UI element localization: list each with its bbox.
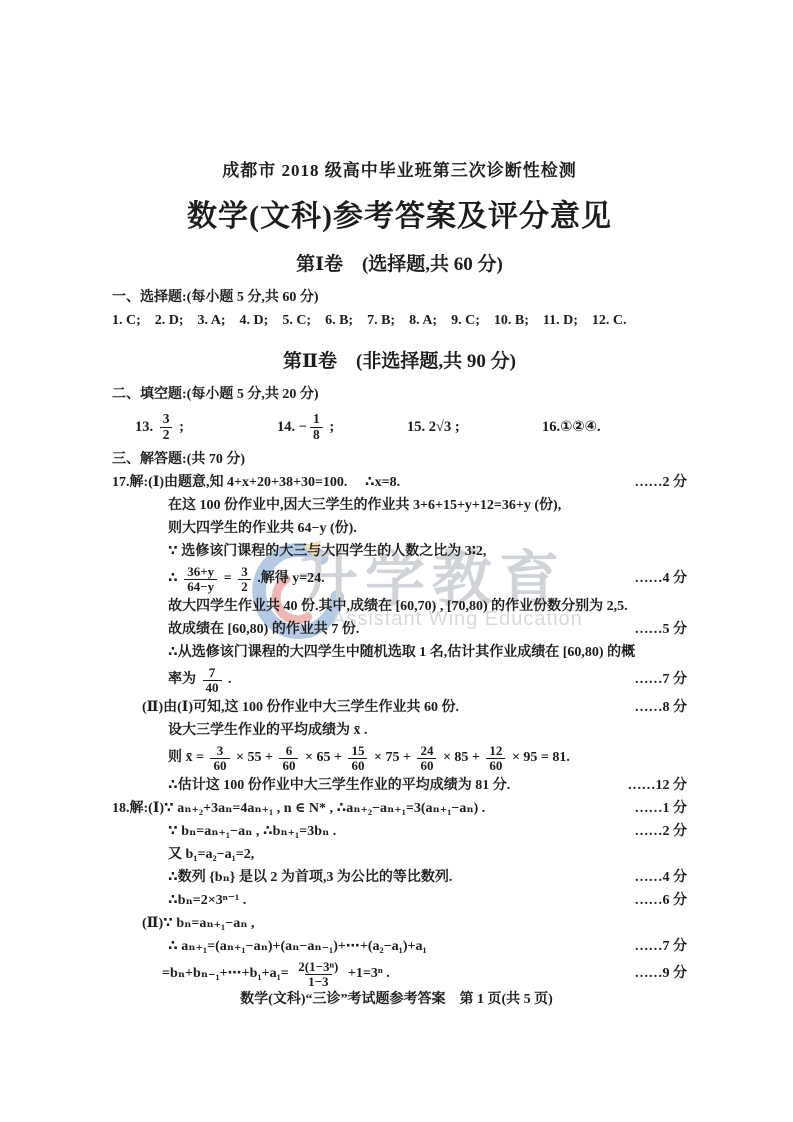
score-mark: ……5 分: [635, 622, 688, 637]
score-mark: ……4 分: [635, 870, 688, 885]
document-content: 成都市 2018 级高中毕业班第三次诊断性检测 数学(文科)参考答案及评分意见 …: [0, 0, 793, 990]
q17-line-4: ∵ 选修该门课程的大三与大四学生的人数之比为 3∶2,: [112, 540, 687, 563]
fraction: 2(1−3ⁿ)1−3: [295, 960, 341, 988]
q17-line-3: 则大四学生的作业共 64−y (份).: [112, 517, 687, 540]
score-mark: ……2 分: [635, 475, 688, 490]
page-title: 数学(文科)参考答案及评分意见: [112, 191, 687, 235]
q18-line-1: 18.解:(Ⅰ)∵ aₙ₊₂+3aₙ=4aₙ₊₁ , n ∈ N* , ∴aₙ₊…: [112, 797, 687, 820]
blank-answers-row: 13. 32 ; 14. − 18 ; 15. 2√3 ; 16. ①②④.: [112, 406, 687, 448]
fraction: 2460: [417, 744, 436, 772]
q17-line-8: ∴从选修该门课程的大四学生中随机选取 1 名,估计其作业成绩在 [60,80) …: [112, 641, 687, 664]
score-mark: ……7 分: [635, 672, 688, 687]
q17-line-11: 设大三学生作业的平均成绩为 x̄ .: [112, 719, 687, 742]
q18-line-5: ∴bₙ=2×3ⁿ⁻¹ .……6 分: [112, 889, 687, 912]
q17-line-9: 率为 740 . ……7 分: [112, 664, 687, 696]
page-footer: 数学(文科)“三诊”考试题参考答案 第 1 页(共 5 页): [0, 988, 793, 1008]
q18-line-7: ∴ aₙ₊₁=(aₙ₊₁−aₙ)+(aₙ−aₙ₋₁)+⋯+(a₂−a₁)+a₁……: [112, 935, 687, 958]
score-mark: ……8 分: [635, 700, 688, 715]
section1-label: 一、选择题:(每小题 5 分,共 60 分): [112, 286, 687, 309]
section2-label: 二、填空题:(每小题 5 分,共 20 分): [112, 383, 687, 406]
q18-line-6: (Ⅱ)∵ bₙ=aₙ₊₁−aₙ ,: [112, 912, 687, 935]
q17-line-2: 在这 100 份作业中,因大三学生的作业共 3+6+15+y+12=36+y (…: [112, 494, 687, 517]
q18-line-8: =bₙ+bₙ₋₁+⋯+b₁+a₁= 2(1−3ⁿ)1−3 +1=3ⁿ . ……9…: [112, 958, 687, 990]
choice-answers-line: 1. C; 2. D; 3. A; 4. D; 5. C; 6. B; 7. B…: [112, 309, 687, 332]
score-mark: ……1 分: [635, 801, 688, 816]
q18-line-4: ∴数列 {bₙ} 是以 2 为首项,3 为公比的等比数列.……4 分: [112, 866, 687, 889]
q17-line-5: ∴ 36+y64−y = 32 .解得 y=24. ……4 分: [112, 563, 687, 595]
q17-line-1: 17.解:(Ⅰ)由题意,知 4+x+20+38+30=100. ∴x=8.……2…: [112, 471, 687, 494]
q17-line-10: (Ⅱ)由(Ⅰ)可知,这 100 份作业中大三学生作业共 60 份.……8 分: [112, 696, 687, 719]
score-mark: ……9 分: [635, 966, 688, 981]
fraction: 18: [310, 412, 323, 441]
fraction: 32: [238, 565, 251, 593]
fraction: 740: [203, 666, 222, 694]
part1-heading: 第Ⅰ卷 (选择题,共 60 分): [112, 249, 687, 276]
fraction: 1560: [348, 744, 367, 772]
score-mark: ……7 分: [635, 939, 688, 954]
blank-answer-16: 16. ①②④.: [542, 419, 601, 436]
q17-line-7: 故成绩在 [60,80) 的作业共 7 份.……5 分: [112, 618, 687, 641]
part2-heading: 第Ⅱ卷 (非选择题,共 90 分): [112, 346, 687, 373]
score-mark: ……2 分: [635, 824, 688, 839]
section3-label: 三、解答题:(共 70 分): [112, 448, 687, 471]
q17-line-13: ∴估计这 100 份作业中大三学生作业的平均成绩为 81 分.……12 分: [112, 774, 687, 797]
fraction: 1260: [486, 744, 505, 772]
exam-header-title: 成都市 2018 级高中毕业班第三次诊断性检测: [112, 156, 687, 181]
fraction: 360: [210, 744, 229, 772]
q18-line-2: ∵ bₙ=aₙ₊₁−aₙ , ∴bₙ₊₁=3bₙ .……2 分: [112, 820, 687, 843]
blank-answer-15: 15. 2√3 ;: [407, 419, 542, 436]
fraction: 36+y64−y: [184, 565, 217, 593]
q17-line-6: 故大四学生作业共 40 份.其中,成绩在 [60,70) , [70,80) 的…: [112, 595, 687, 618]
score-mark: ……6 分: [635, 893, 688, 908]
blank-answer-13: 13. 32 ;: [135, 412, 277, 441]
score-mark: ……4 分: [635, 571, 688, 586]
fraction: 660: [279, 744, 298, 772]
q17-line-12: 则 x̄ = 360 × 55 + 660 × 65 + 1560 × 75 +…: [112, 742, 687, 774]
blank-answer-14: 14. − 18 ;: [277, 412, 407, 441]
score-mark: ……12 分: [628, 778, 688, 793]
q18-line-3: 又 b₁=a₂−a₁=2,: [112, 843, 687, 866]
document-page: 升学教育 Assistant Wing Education 成都市 2018 级…: [0, 0, 793, 1122]
fraction: 32: [160, 412, 173, 441]
